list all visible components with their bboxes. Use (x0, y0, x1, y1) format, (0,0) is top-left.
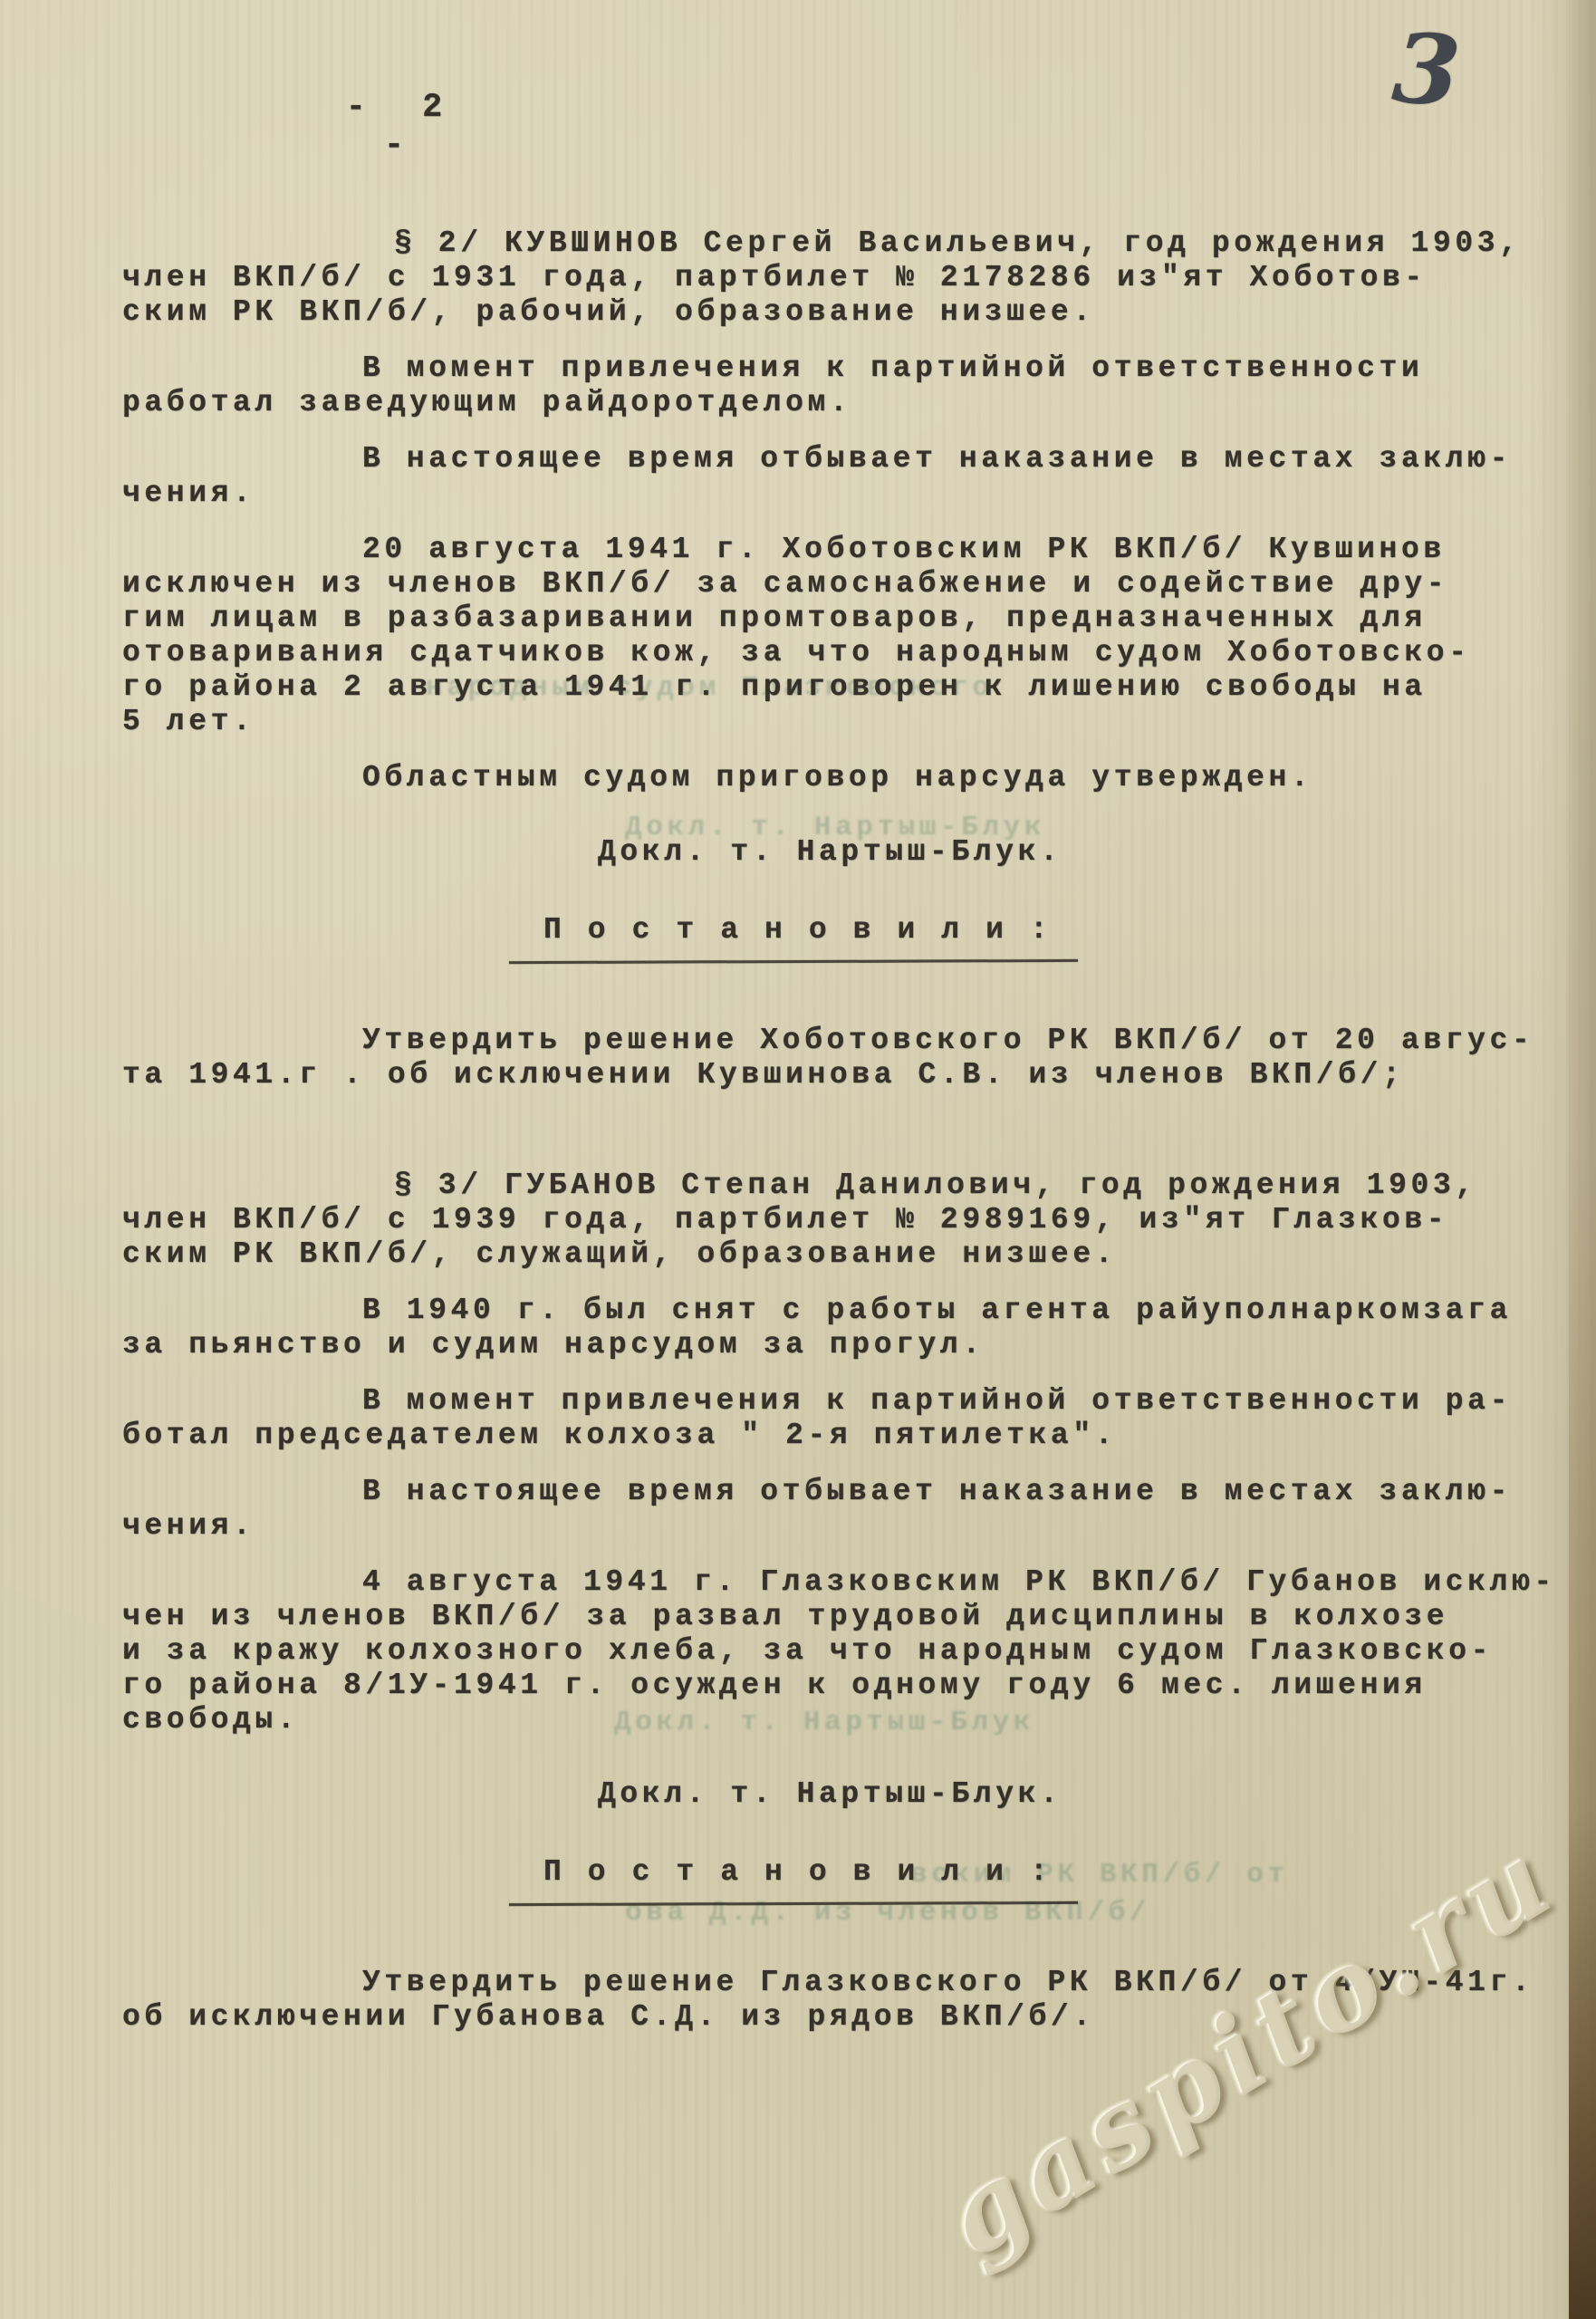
typed-line: В настоящее время отбывает наказание в м… (122, 1475, 1544, 1509)
typed-line: ским РК ВКП/б/, служащий, образование ни… (122, 1237, 1544, 1272)
paragraph: В момент привлечения к партийной ответст… (122, 351, 1544, 420)
typed-line: Утвердить решение Хоботовского РК ВКП/б/… (122, 1024, 1544, 1058)
typed-line: го района 2 августа 1941 г. приговорен к… (122, 670, 1544, 705)
sheet-number-handwritten: 3 (1389, 11, 1464, 129)
typed-line: член ВКП/б/ с 1931 года, партбилет № 217… (122, 261, 1544, 295)
resolution-paragraph: Утвердить решение Хоботовского РК ВКП/б/… (122, 1024, 1544, 1092)
typed-line: ботал председателем колхоза " 2-я пятиле… (122, 1419, 1544, 1453)
typed-line: Докл. т. Нартыш-Блук. (598, 835, 1544, 870)
paragraph: § 3/ ГУБАНОВ Степан Данилович, год рожде… (122, 1169, 1544, 1272)
paragraph: 20 августа 1941 г. Хоботовским РК ВКП/б/… (122, 533, 1544, 739)
typed-line: В 1940 г. был снят с работы агента райуп… (122, 1294, 1544, 1328)
typed-line: исключен из членов ВКП/б/ за самоснабжен… (122, 567, 1544, 601)
typed-line: П о с т а н о в и л и : (543, 913, 1544, 948)
document-body: § 2/ КУВШИНОВ Сергей Васильевич, год рож… (122, 226, 1544, 2035)
typed-line: член ВКП/б/ с 1939 года, партбилет № 298… (122, 1203, 1544, 1237)
typed-line: В момент привлечения к партийной ответст… (122, 351, 1544, 386)
typed-line: Областным судом приговор нарсуда утвержд… (122, 761, 1544, 795)
typed-line: В момент привлечения к партийной ответст… (122, 1384, 1544, 1419)
typed-line: чения. (122, 1509, 1544, 1544)
page-number: - 2 - (312, 89, 494, 165)
paragraph: § 2/ КУВШИНОВ Сергей Васильевич, год рож… (122, 226, 1544, 330)
typed-line: чения. (122, 476, 1544, 511)
typed-line: и за кражу колхозного хлеба, за что наро… (122, 1634, 1544, 1669)
scan-edge (1569, 0, 1596, 2319)
paragraph: В настоящее время отбывает наказание в м… (122, 1475, 1544, 1544)
typed-line: свободы. (122, 1703, 1544, 1737)
paragraph: В момент привлечения к партийной ответст… (122, 1384, 1544, 1453)
typed-line: 5 лет. (122, 705, 1544, 739)
paragraph: В 1940 г. был снят с работы агента райуп… (122, 1294, 1544, 1362)
resolution-heading: П о с т а н о в и л и : (543, 913, 1544, 973)
typed-line: § 3/ ГУБАНОВ Степан Данилович, год рожде… (122, 1169, 1544, 1203)
typed-line: та 1941.г . об исключении Кувшинова С.В.… (122, 1058, 1544, 1092)
paragraph: В настоящее время отбывает наказание в м… (122, 442, 1544, 511)
typed-line: 20 августа 1941 г. Хоботовским РК ВКП/б/… (122, 533, 1544, 567)
typed-line: гим лицам в разбазаривании промтоваров, … (122, 601, 1544, 636)
paragraph: 4 августа 1941 г. Глазковским РК ВКП/б/ … (122, 1565, 1544, 1737)
typed-line: работал заведующим райдоротделом. (122, 386, 1544, 420)
typed-line: чен из членов ВКП/б/ за развал трудовой … (122, 1600, 1544, 1634)
typed-line: § 2/ КУВШИНОВ Сергей Васильевич, год рож… (122, 226, 1544, 261)
scanned-document-page: народным судом Глазковского Докл. т. Нар… (0, 0, 1596, 2319)
typed-line: ским РК ВКП/б/, рабочий, образование низ… (122, 295, 1544, 330)
reporter-line: Докл. т. Нартыш-Блук. (598, 1777, 1544, 1812)
typed-line: Докл. т. Нартыш-Блук. (598, 1777, 1544, 1812)
typed-line: 4 августа 1941 г. Глазковским РК ВКП/б/ … (122, 1565, 1544, 1600)
paragraph: Областным судом приговор нарсуда утвержд… (122, 761, 1544, 795)
typed-line: го района 8/1У-1941 г. осужден к одному … (122, 1669, 1544, 1703)
typed-line: отоваривания сдатчиков кож, за что народ… (122, 636, 1544, 670)
document-section-3: § 3/ ГУБАНОВ Степан Данилович, год рожде… (122, 1169, 1544, 2035)
typed-line: В настоящее время отбывает наказание в м… (122, 442, 1544, 476)
reporter-line: Докл. т. Нартыш-Блук. (598, 835, 1544, 870)
typed-line: за пьянство и судим нарсудом за прогул. (122, 1328, 1544, 1362)
document-section-2: § 2/ КУВШИНОВ Сергей Васильевич, год рож… (122, 226, 1544, 1092)
